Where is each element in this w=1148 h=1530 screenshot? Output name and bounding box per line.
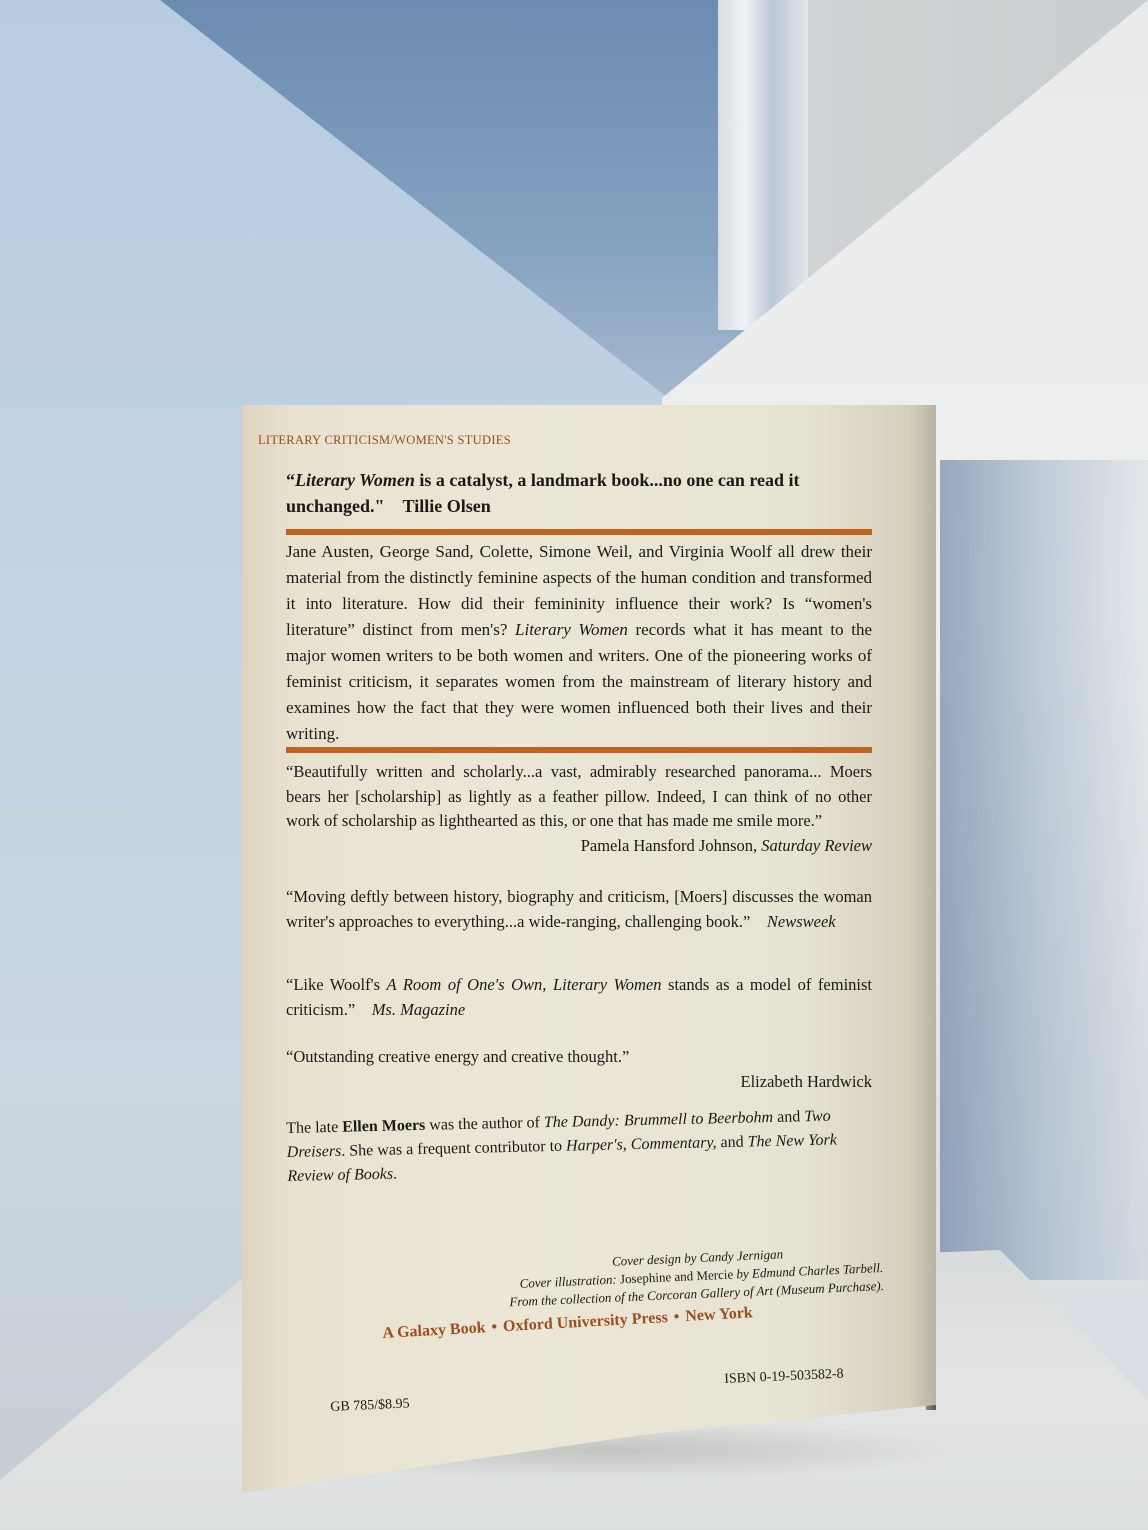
door-frame xyxy=(718,0,808,330)
catalog-price: GB 785/$8.95 xyxy=(330,1396,410,1416)
review-source: Newsweek xyxy=(767,912,836,931)
review-source: Ms. Magazine xyxy=(372,1000,466,1019)
bullet-icon: • xyxy=(673,1308,680,1325)
review-author: Elizabeth Hardwick xyxy=(286,1070,872,1095)
orange-divider xyxy=(286,529,872,535)
bullet-icon: • xyxy=(491,1319,498,1336)
bio-text: and xyxy=(773,1108,804,1126)
book-description: Jane Austen, George Sand, Colette, Simon… xyxy=(286,539,872,747)
cover-content: LITERARY CRITICISM/WOMEN'S STUDIES “Lite… xyxy=(242,405,936,1495)
orange-divider xyxy=(286,747,872,753)
author-name: Ellen Moers xyxy=(342,1117,425,1136)
author-bio: The late Ellen Moers was the author of T… xyxy=(286,1104,873,1189)
bio-text: . She was a frequent contributor to xyxy=(341,1138,566,1160)
review-quote: “Beautifully written and scholarly...a v… xyxy=(286,760,872,858)
category-label: LITERARY CRITICISM/WOMEN'S STUDIES xyxy=(258,433,511,448)
open-quote: “ xyxy=(286,470,295,490)
description-title: Literary Women xyxy=(515,620,628,639)
review-quote: “Like Woolf's A Room of One's Own, Liter… xyxy=(286,973,872,1022)
review-text: “Like Woolf's xyxy=(286,975,387,994)
book-back-cover: LITERARY CRITICISM/WOMEN'S STUDIES “Lite… xyxy=(242,405,936,1495)
isbn: ISBN 0-19-503582-8 xyxy=(724,1367,844,1388)
review-text: “Beautifully written and scholarly...a v… xyxy=(286,762,872,830)
review-attribution: Pamela Hansford Johnson, Saturday Review xyxy=(286,834,872,859)
review-author: Pamela Hansford Johnson, xyxy=(581,836,762,855)
review-quote: “Moving deftly between history, biograph… xyxy=(286,885,872,934)
lead-quote-attribution: Tillie Olsen xyxy=(403,496,491,516)
bio-publication: Harper's, Commentary, xyxy=(566,1134,717,1154)
review-text: “Outstanding creative energy and creativ… xyxy=(286,1047,629,1066)
imprint-series: A Galaxy Book xyxy=(382,1319,486,1342)
imprint-publisher: Oxford University Press xyxy=(503,1309,669,1335)
bio-text: was the author of xyxy=(425,1114,544,1134)
bio-text: . xyxy=(393,1165,397,1182)
review-source: Saturday Review xyxy=(761,836,872,855)
bio-text: and xyxy=(716,1134,747,1152)
lead-quote-title: Literary Women xyxy=(295,470,415,490)
bio-book-title: The Dandy: Brummell to Beerbohm xyxy=(544,1109,774,1131)
panel-shadow xyxy=(940,460,1148,1280)
bio-text: The late xyxy=(286,1119,342,1137)
artwork-title: Josephine and Mercie xyxy=(620,1267,734,1287)
review-quote: “Outstanding creative energy and creativ… xyxy=(286,1045,872,1094)
credit-label: Cover illustration: xyxy=(519,1271,620,1290)
lead-quote: “Literary Women is a catalyst, a landmar… xyxy=(286,467,872,519)
imprint-city: New York xyxy=(685,1304,753,1325)
review-title: A Room of One's Own, Literary Women xyxy=(387,975,662,994)
